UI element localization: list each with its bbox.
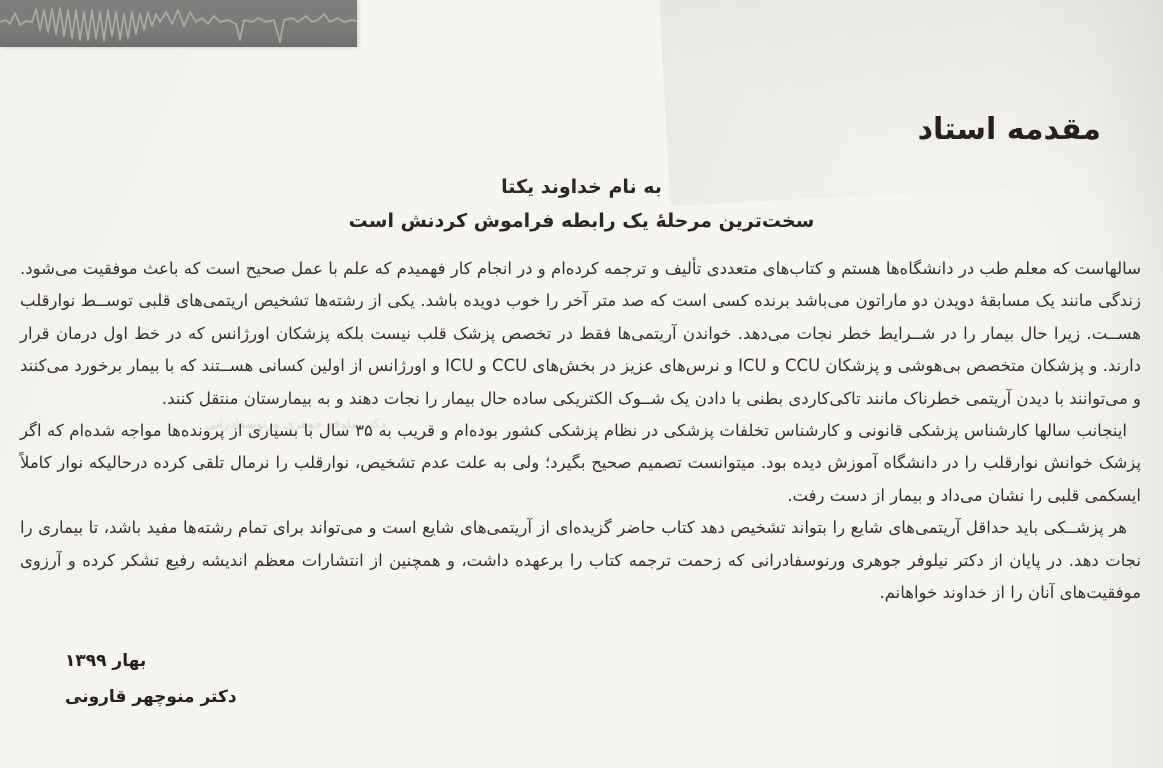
- epigraph-line-1: به نام خداوند یکتا: [0, 170, 1163, 204]
- paragraph-2: اینجانب سالها کارشناس پزشکی قانونی و کار…: [20, 415, 1141, 512]
- epigraph-line-2: سخت‌ترین مرحلهٔ یک رابطه فراموش کردنش اس…: [0, 204, 1163, 238]
- page-title: مقدمه استاد: [918, 112, 1101, 147]
- scanned-book-page: مقدمه استاد به نام خداوند یکتا سخت‌ترین …: [0, 0, 1163, 768]
- ecg-banner: [0, 0, 357, 47]
- signature-name: دکتر منوچهر قارونی: [65, 679, 237, 715]
- paragraph-3: هر پزشــکی باید حداقل آریتمی‌های شایع را…: [20, 512, 1141, 609]
- signature-date: بهار ۱۳۹۹: [65, 643, 237, 679]
- signature-block: بهار ۱۳۹۹ دکتر منوچهر قارونی: [65, 643, 237, 715]
- epigraph: به نام خداوند یکتا سخت‌ترین مرحلهٔ یک را…: [0, 170, 1163, 238]
- preface-body: سالهاست که معلم طب در دانشگاه‌ها هستم و …: [20, 253, 1141, 609]
- ecg-waveform-icon: [0, 0, 357, 47]
- paragraph-1: سالهاست که معلم طب در دانشگاه‌ها هستم و …: [20, 253, 1141, 415]
